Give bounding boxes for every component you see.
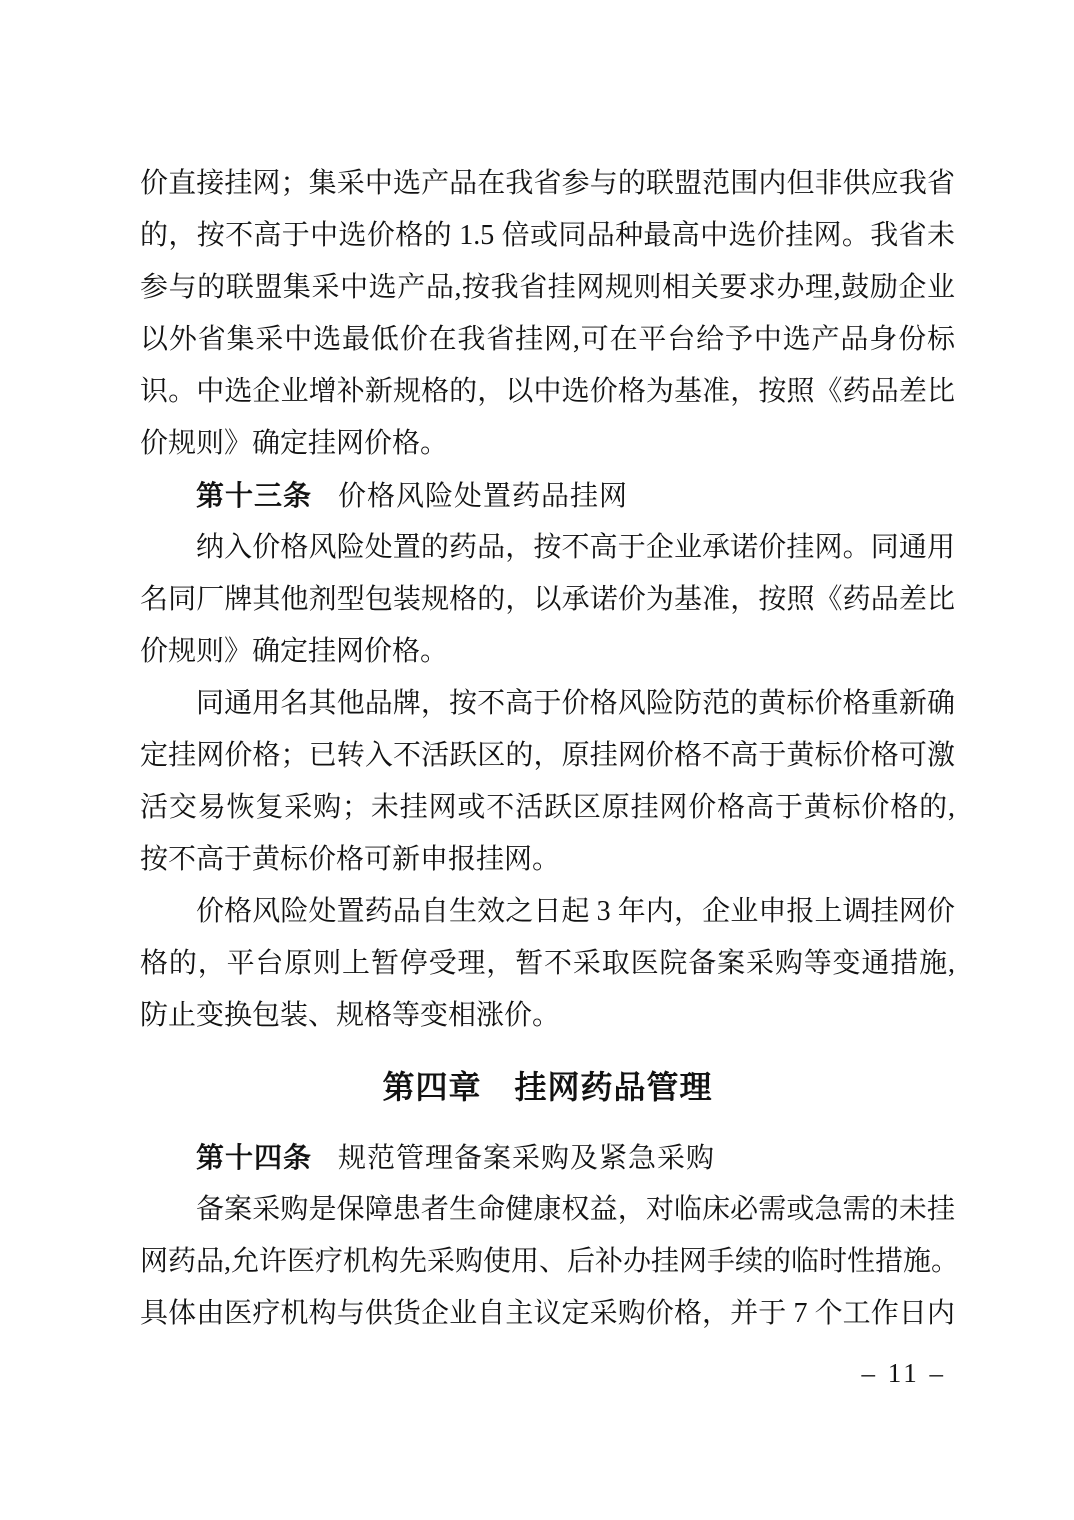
paragraph-line: 活交易恢复采购；未挂网或不活跃区原挂网价格高于黄标价格的, — [140, 782, 955, 834]
paragraph: 价直接挂网；集采中选产品在我省参与的联盟范围内但非供应我省 的，按不高于中选价格… — [140, 158, 955, 470]
paragraph-line: 防止变换包装、规格等变相涨价。 — [140, 990, 955, 1042]
paragraph-line: 价直接挂网；集采中选产品在我省参与的联盟范围内但非供应我省 — [140, 158, 955, 210]
paragraph: 纳入价格风险处置的药品，按不高于企业承诺价挂网。同通用 名同厂牌其他剂型包装规格… — [140, 522, 955, 678]
paragraph-line: 定挂网价格；已转入不活跃区的，原挂网价格不高于黄标价格可激 — [140, 730, 955, 782]
page-number: – 11 – — [862, 1358, 947, 1389]
paragraph-line: 的，按不高于中选价格的 1.5 倍或同品种最高中选价挂网。我省未 — [140, 210, 955, 262]
paragraph-line: 具体由医疗机构与供货企业自主议定采购价格，并于 7 个工作日内 — [140, 1288, 955, 1340]
paragraph-line: 识。中选企业增补新规格的，以中选价格为基准，按照《药品差比 — [140, 366, 955, 418]
text-block: 价直接挂网；集采中选产品在我省参与的联盟范围内但非供应我省 的，按不高于中选价格… — [140, 158, 955, 1340]
paragraph-line: 价规则》确定挂网价格。 — [140, 418, 955, 470]
paragraph-line: 价格风险处置药品自生效之日起 3 年内，企业申报上调挂网价 — [140, 886, 955, 938]
article-14-heading: 第十四条规范管理备案采购及紧急采购 — [140, 1132, 955, 1184]
article-title: 规范管理备案采购及紧急采购 — [338, 1143, 715, 1174]
document-page: 价直接挂网；集采中选产品在我省参与的联盟范围内但非供应我省 的，按不高于中选价格… — [0, 0, 1074, 1520]
article-13-heading: 第十三条价格风险处置药品挂网 — [140, 470, 955, 522]
paragraph-line: 按不高于黄标价格可新申报挂网。 — [140, 834, 955, 886]
paragraph: 价格风险处置药品自生效之日起 3 年内，企业申报上调挂网价 格的，平台原则上暂停… — [140, 886, 955, 1042]
paragraph-line: 备案采购是保障患者生命健康权益，对临床必需或急需的未挂 — [140, 1184, 955, 1236]
article-number: 第十三条 — [196, 480, 312, 511]
paragraph: 备案采购是保障患者生命健康权益，对临床必需或急需的未挂 网药品,允许医疗机构先采… — [140, 1184, 955, 1340]
paragraph-line: 价规则》确定挂网价格。 — [140, 626, 955, 678]
article-number: 第十四条 — [196, 1142, 312, 1173]
paragraph: 同通用名其他品牌，按不高于价格风险防范的黄标价格重新确 定挂网价格；已转入不活跃… — [140, 678, 955, 886]
paragraph-line: 纳入价格风险处置的药品，按不高于企业承诺价挂网。同通用 — [140, 522, 955, 574]
article-title: 价格风险处置药品挂网 — [338, 481, 628, 512]
paragraph-line: 名同厂牌其他剂型包装规格的，以承诺价为基准，按照《药品差比 — [140, 574, 955, 626]
paragraph-line: 格的，平台原则上暂停受理，暂不采取医院备案采购等变通措施, — [140, 938, 955, 990]
paragraph-line: 参与的联盟集采中选产品,按我省挂网规则相关要求办理,鼓励企业 — [140, 262, 955, 314]
chapter-4-heading: 第四章 挂网药品管理 — [140, 1061, 955, 1113]
paragraph-line: 以外省集采中选最低价在我省挂网,可在平台给予中选产品身份标 — [140, 314, 955, 366]
paragraph-line: 同通用名其他品牌，按不高于价格风险防范的黄标价格重新确 — [140, 678, 955, 730]
paragraph-line: 网药品,允许医疗机构先采购使用、后补办挂网手续的临时性措施。 — [140, 1236, 955, 1288]
